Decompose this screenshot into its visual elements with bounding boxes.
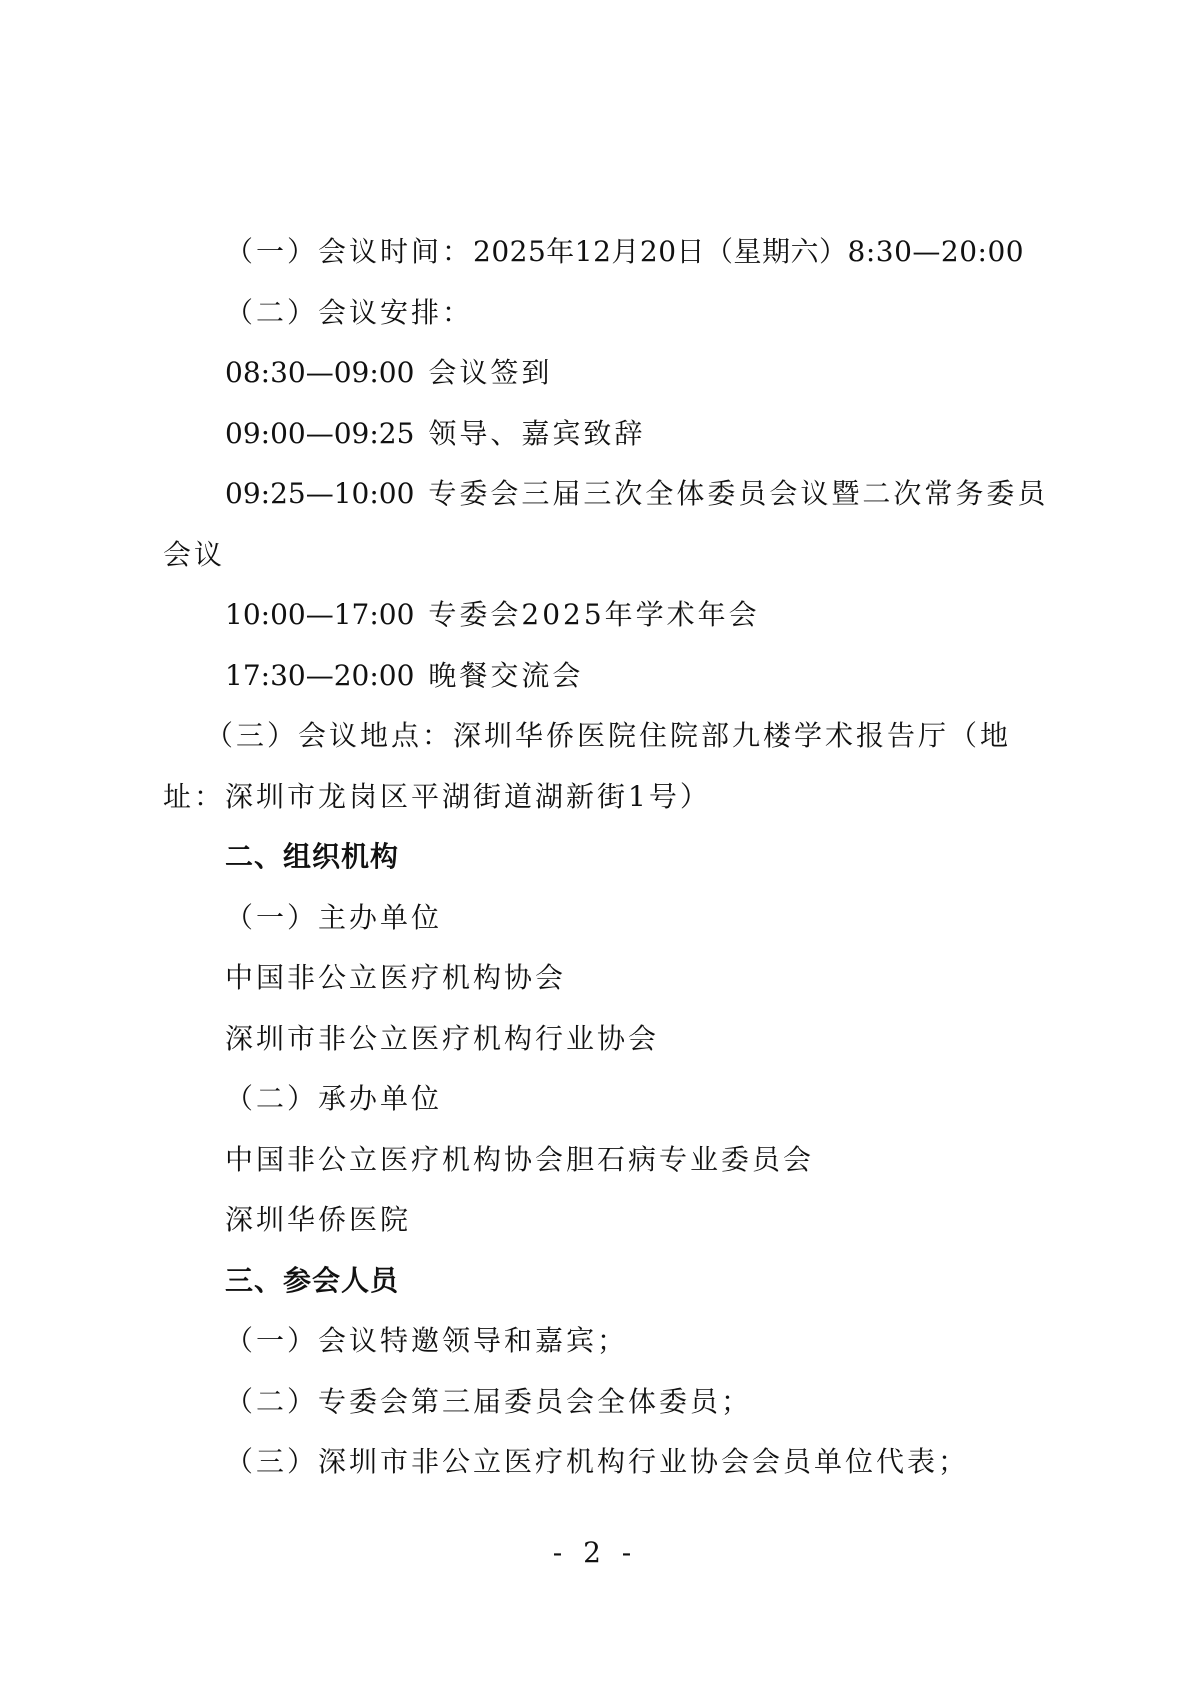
attendee-item: （三）深圳市非公立医疗机构行业协会会员单位代表； (163, 1432, 1050, 1493)
schedule-time: 17:30—20:00 (225, 659, 414, 692)
schedule-label: （二）会议安排： (163, 283, 1050, 344)
schedule-item: 17:30—20:00晚餐交流会 (163, 646, 1050, 707)
organizer-item: 深圳华侨医院 (163, 1190, 1050, 1251)
meeting-time-value: 2025年12月20日（星期六）8:30—20:00 (473, 235, 1024, 268)
schedule-time: 09:25—10:00 (225, 477, 414, 510)
document-body: （一）会议时间：2025年12月20日（星期六）8:30—20:00 （二）会议… (163, 222, 1050, 1493)
schedule-time: 10:00—17:00 (225, 598, 414, 631)
host-item: 中国非公立医疗机构协会 (163, 948, 1050, 1009)
schedule-item: 08:30—09:00会议签到 (163, 343, 1050, 404)
venue-paragraph: （三）会议地点：深圳华侨医院住院部九楼学术报告厅（地址：深圳市龙岗区平湖街道湖新… (163, 706, 1050, 827)
schedule-time: 08:30—09:00 (225, 356, 414, 389)
venue-label: （三）会议地点： (205, 719, 453, 752)
meeting-time-label: （一）会议时间： (225, 235, 473, 268)
meeting-time-line: （一）会议时间：2025年12月20日（星期六）8:30—20:00 (163, 222, 1050, 283)
page-number: - 2 - (0, 1536, 1190, 1569)
schedule-event: 领导、嘉宾致辞 (428, 417, 645, 450)
organizers-label: （二）承办单位 (163, 1069, 1050, 1130)
section-heading-attendees: 三、参会人员 (163, 1251, 1050, 1312)
attendee-item: （二）专委会第三届委员会全体委员； (163, 1372, 1050, 1433)
section-heading-organizers: 二、组织机构 (163, 827, 1050, 888)
schedule-item: 09:25—10:00专委会三届三次全体委员会议暨二次常务委员会议 (163, 464, 1050, 585)
schedule-time: 09:00—09:25 (225, 417, 414, 450)
hosts-label: （一）主办单位 (163, 888, 1050, 949)
host-item: 深圳市非公立医疗机构行业协会 (163, 1009, 1050, 1070)
schedule-item: 10:00—17:00专委会2025年学术年会 (163, 585, 1050, 646)
schedule-event: 会议签到 (428, 356, 552, 389)
schedule-event: 专委会2025年学术年会 (428, 598, 759, 631)
schedule-event: 晚餐交流会 (428, 659, 583, 692)
document-page: （一）会议时间：2025年12月20日（星期六）8:30—20:00 （二）会议… (0, 0, 1190, 1683)
schedule-item: 09:00—09:25领导、嘉宾致辞 (163, 404, 1050, 465)
organizer-item: 中国非公立医疗机构协会胆石病专业委员会 (163, 1130, 1050, 1191)
attendee-item: （一）会议特邀领导和嘉宾； (163, 1311, 1050, 1372)
